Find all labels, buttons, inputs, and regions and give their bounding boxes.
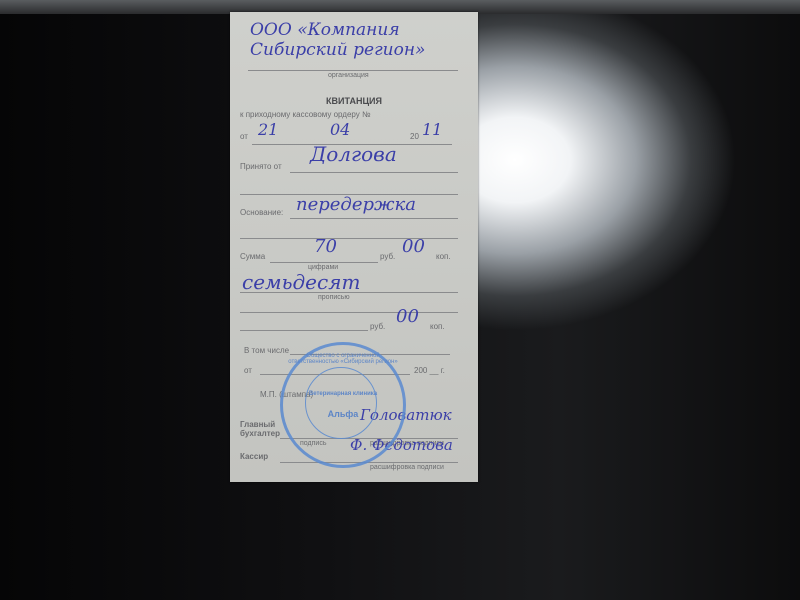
blank-line-3 — [240, 312, 458, 313]
sum-line — [270, 262, 378, 263]
receipt-subtitle: к приходному кассовому ордеру № — [240, 110, 371, 119]
sum2-kop: 00 — [396, 306, 419, 327]
received-from-line — [290, 172, 458, 173]
signature-decode-label-2: расшифровка подписи — [370, 464, 444, 471]
received-from-label: Принято от — [240, 162, 282, 171]
date-label: от — [240, 132, 248, 141]
stamp-center-text: Альфа — [283, 409, 403, 419]
date2-label: от — [244, 366, 252, 375]
stamp-inner-ring — [305, 367, 377, 439]
basis-label: Основание: — [240, 208, 283, 217]
stamp-outer-text: Общество с ограниченной ответственностью… — [283, 353, 403, 365]
sum-rub: 70 — [314, 236, 337, 257]
basis-value: передержка — [296, 194, 416, 215]
blank-line-2 — [240, 238, 458, 239]
organization-line — [248, 70, 458, 71]
sum2-line — [240, 330, 368, 331]
organization-label: организация — [328, 72, 369, 79]
rub-label-2: руб. — [370, 322, 385, 331]
receipt-paper: ООО «Компания Сибирский регион» организа… — [230, 12, 478, 482]
date-year-prefix: 20 — [410, 132, 419, 141]
receipt-title: КВИТАНЦИЯ — [230, 96, 478, 106]
stamp-inner-text: Ветеринарная клиника — [283, 391, 403, 397]
date2-year: 200 __ г. — [414, 366, 445, 375]
date-day: 21 — [258, 120, 278, 139]
words-label: прописью — [318, 294, 350, 301]
cashier-label: Кассир — [240, 452, 268, 461]
sum-words: семьдесят — [242, 270, 360, 294]
kop-label-2: коп. — [430, 322, 445, 331]
sum-kop: 00 — [402, 236, 425, 257]
organization-handwritten: ООО «Компания Сибирский регион» — [250, 20, 478, 60]
sum-label: Сумма — [240, 252, 265, 261]
basis-line — [290, 218, 458, 219]
rub-label: руб. — [380, 252, 395, 261]
date-year: 11 — [422, 120, 442, 139]
sum-words-line — [240, 292, 458, 293]
round-stamp: Общество с ограниченной ответственностью… — [280, 342, 406, 468]
kop-label: коп. — [436, 252, 451, 261]
date-month: 04 — [330, 120, 350, 139]
received-from-value: Долгова — [310, 142, 397, 166]
chief-accountant-label: Главный бухгалтер — [240, 420, 280, 438]
